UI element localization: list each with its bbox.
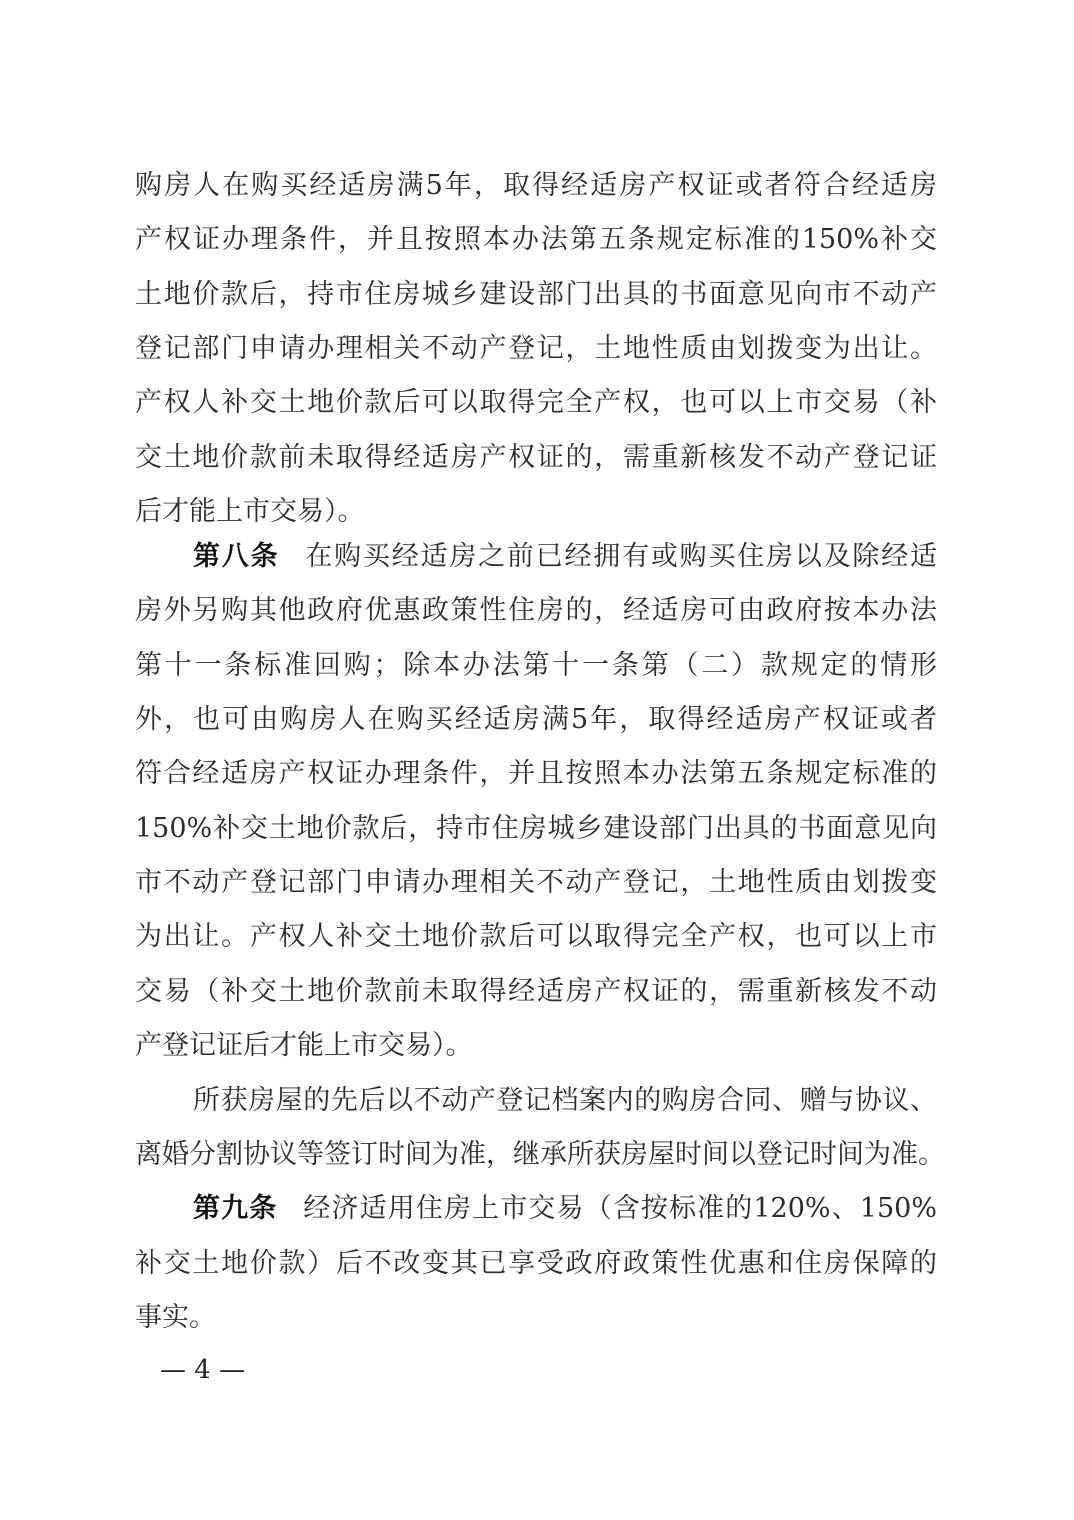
page-number: — 4 — [160,1352,245,1388]
article-8-first-line: 第八条在购买经适房之前已经拥有或购买住房以及除经适 [193,537,937,577]
text-line: 补交土地价款）后不改变其已享受政府政策性优惠和住房保障的 [135,1244,937,1284]
document-page: 购房人在购买经适房满5年，取得经适房产权证或者符合经适房 产权证办理条件，并且按… [0,0,1074,1520]
text-line: 房外另购其他政府优惠政策性住房的，经适房可由政府按本办法 [135,591,937,631]
article-heading: 第九条 [193,1193,277,1224]
text-line: 第十一条标准回购；除本办法第十一条第（二）款规定的情形 [135,646,937,686]
text-line: 产登记证后才能上市交易）。 [135,1026,937,1066]
text-line: 离婚分割协议等签订时间为准，继承所获房屋时间以登记时间为准。 [135,1135,937,1175]
text-span: 在购买经适房之前已经拥有或购买住房以及除经适 [305,541,937,572]
text-line: 外，也可由购房人在购买经适房满5年，取得经适房产权证或者 [135,700,937,740]
text-line: 产权证办理条件，并且按照本办法第五条规定标准的150%补交 [135,220,937,260]
text-line: 交易（补交土地价款前未取得经适房产权证的，需重新核发不动 [135,972,937,1012]
text-line: 为出让。产权人补交土地价款后可以取得完全产权，也可以上市 [135,917,937,957]
text-line: 事实。 [135,1298,937,1338]
text-line: 150%补交土地价款后，持市住房城乡建设部门出具的书面意见向 [135,809,937,849]
article-9-first-line: 第九条经济适用住房上市交易（含按标准的120%、150% [193,1189,937,1229]
text-line: 交土地价款前未取得经适房产权证的，需重新核发不动产登记证 [135,438,937,478]
text-line: 市不动产登记部门申请办理相关不动产登记，土地性质由划拨变 [135,863,937,903]
text-line: 后才能上市交易）。 [135,492,937,532]
text-line: 所获房屋的先后以不动产登记档案内的购房合同、赠与协议、 [193,1081,937,1121]
article-heading: 第八条 [193,541,279,572]
text-line: 产权人补交土地价款后可以取得完全产权，也可以上市交易（补 [135,383,937,423]
text-line: 购房人在购买经适房满5年，取得经适房产权证或者符合经适房 [135,166,937,206]
text-line: 符合经适房产权证办理条件，并且按照本办法第五条规定标准的 [135,754,937,794]
text-line: 土地价款后，持市住房城乡建设部门出具的书面意见向市不动产 [135,275,937,315]
text-line: 登记部门申请办理相关不动产登记，土地性质由划拨变为出让。 [135,329,937,369]
text-span: 经济适用住房上市交易（含按标准的120%、150% [303,1193,937,1224]
